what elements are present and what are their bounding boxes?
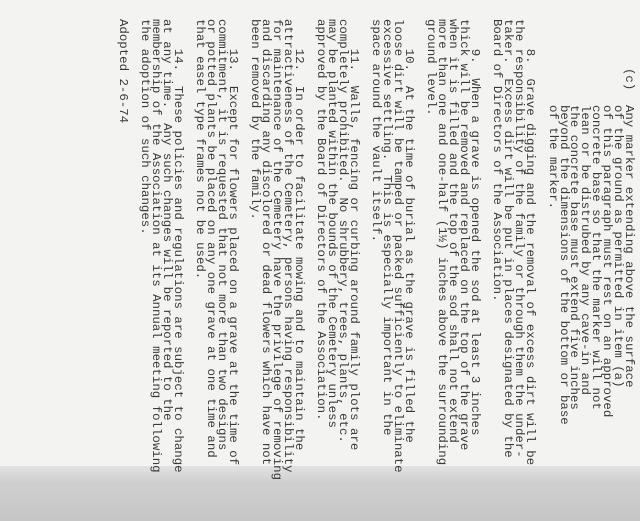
paragraph-9-line: ground level.: [425, 19, 436, 116]
scan-shadow: [0, 466, 640, 521]
item-c-line: of the marker.: [547, 105, 558, 209]
paragraph-8-line: Board of Directors of the Association.: [491, 19, 502, 302]
paragraph-11-line: approved by the Board of Directors of th…: [315, 19, 326, 421]
paragraph-12-line: been removed by the family.: [249, 19, 260, 220]
item-c-line: concrete base so that the marker will no…: [590, 105, 601, 410]
paragraph-14-line: the adoption of such changes.: [139, 19, 150, 235]
adopted-date: Adopted 2-6-74: [117, 19, 128, 123]
document-page: (c) Any marker extending above the surfa…: [0, 0, 640, 468]
item-c-line: lean or be distrubed by any cave-in and: [580, 105, 591, 395]
item-c-label: (c): [623, 68, 634, 90]
paragraph-10-line: space around the vault itself.: [370, 19, 381, 242]
paragraph-13-line: that easel type frames not be used.: [194, 19, 205, 279]
